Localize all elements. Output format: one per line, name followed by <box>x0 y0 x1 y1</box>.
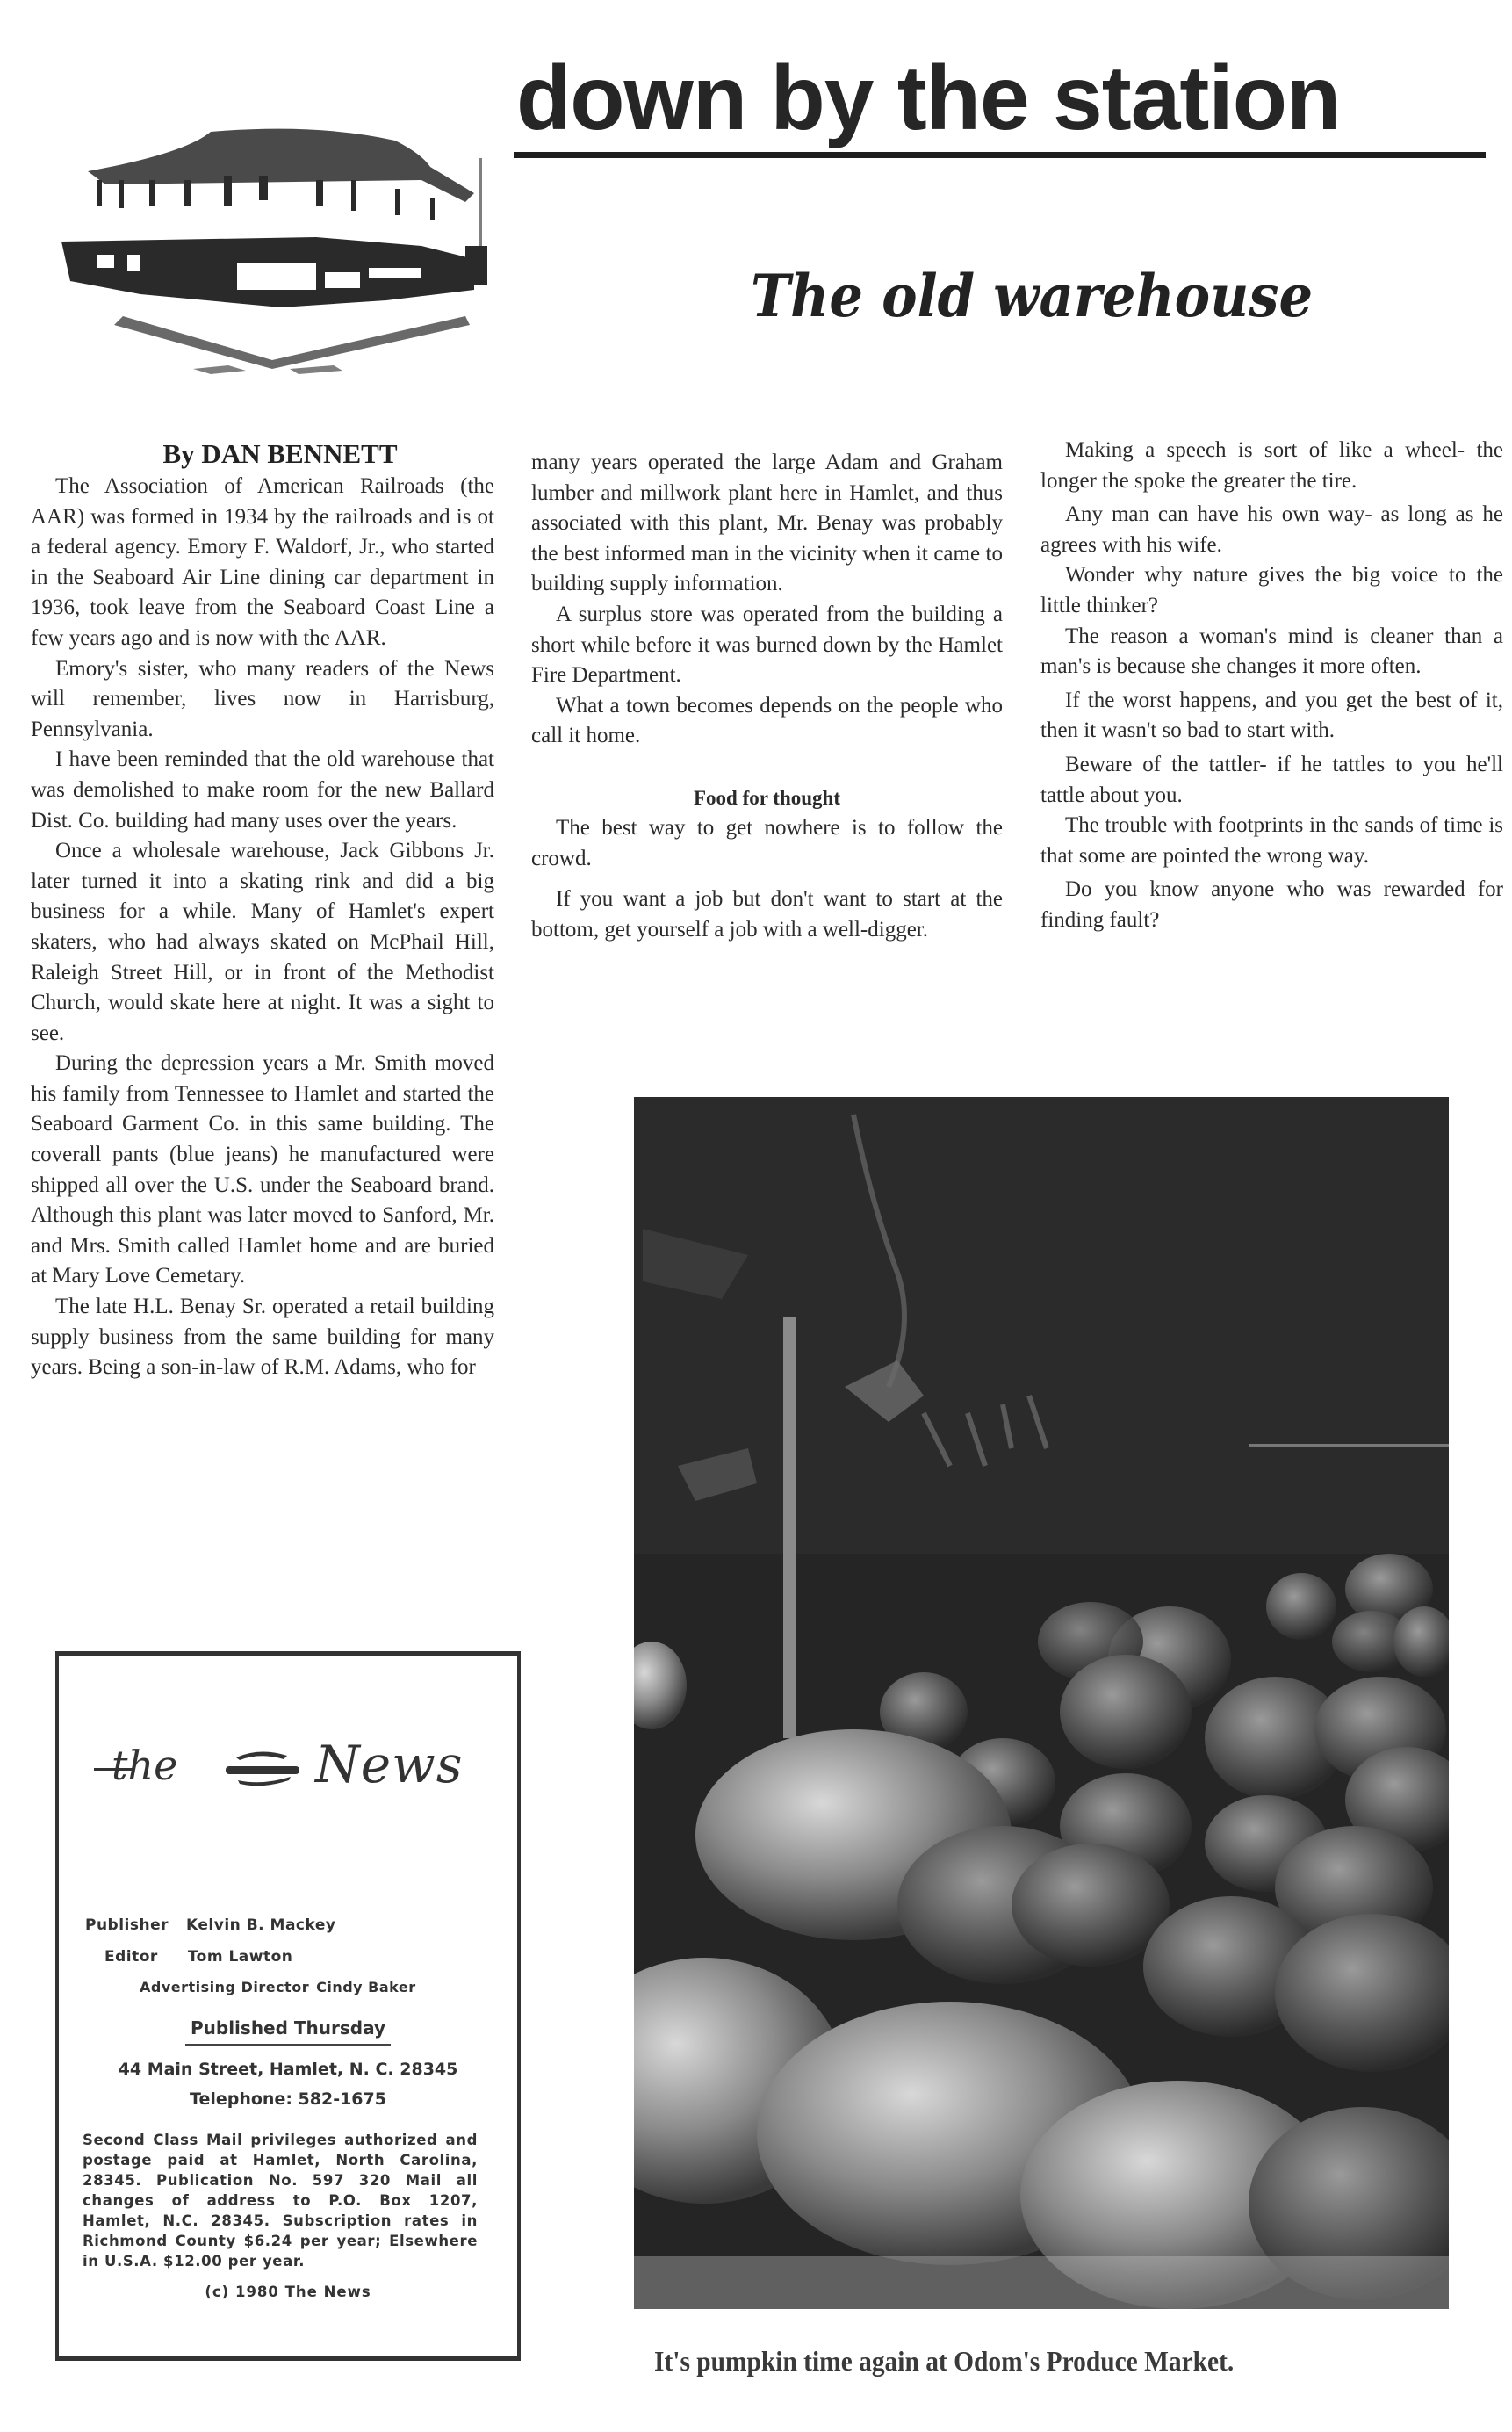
publisher-line: PublisherKelvin B. Mackey <box>85 1916 335 1934</box>
paragraph: The Association of American Railroads (t… <box>31 472 494 654</box>
editor-line: EditorTom Lawton <box>104 1948 292 1966</box>
food-for-thought-heading: Food for thought <box>531 783 1003 813</box>
saying: Any man can have his own way- as long as… <box>1040 500 1503 560</box>
article-column-2: many years operated the large Adam and G… <box>531 448 1003 945</box>
telephone: Telephone: 582-1675 <box>59 2089 517 2109</box>
paragraph: If you want a job but don't want to star… <box>531 884 1003 945</box>
article-title: The old warehouse <box>751 256 1313 336</box>
newspaper-masthead-box: the News PublisherKelvin B. Mackey Edito… <box>55 1651 521 2361</box>
paragraph: Emory's sister, who many readers of the … <box>31 654 494 746</box>
saying: Beware of the tattler- if he tattles to … <box>1040 750 1503 811</box>
address: 44 Main Street, Hamlet, N. C. 28345 <box>59 2060 517 2079</box>
photo-caption: It's pumpkin time again at Odom's Produc… <box>654 2343 1234 2378</box>
paragraph: The late H.L. Benay Sr. operated a retai… <box>31 1292 494 1383</box>
ad-director-label: Advertising Director <box>140 1979 309 1995</box>
logo-news: News <box>315 1735 463 1794</box>
saying: The trouble with footprints in the sands… <box>1040 811 1503 871</box>
paragraph: many years operated the large Adam and G… <box>531 448 1003 600</box>
train-emblem-icon <box>220 1745 301 1789</box>
paragraph: I have been reminded that the old wareho… <box>31 745 494 836</box>
saying: Making a speech is sort of like a wheel-… <box>1040 436 1503 496</box>
paragraph: Once a wholesale warehouse, Jack Gibbons… <box>31 836 494 1049</box>
publisher-name: Kelvin B. Mackey <box>186 1916 335 1934</box>
byline: By DAN BENNETT <box>31 437 494 472</box>
saying: Do you know anyone who was rewarded for … <box>1040 875 1503 935</box>
paragraph: What a town becomes depends on the peopl… <box>531 691 1003 752</box>
paragraph: A surplus store was operated from the bu… <box>531 600 1003 691</box>
editor-label: Editor <box>104 1948 158 1966</box>
published-day: Published Thursday <box>59 2017 517 2039</box>
paragraph: The best way to get nowhere is to follow… <box>531 813 1003 874</box>
article-column-3: Making a speech is sort of like a wheel-… <box>1040 436 1503 936</box>
column-title: down by the station <box>516 46 1472 151</box>
newspaper-logo: the News <box>94 1735 507 1796</box>
pumpkin-market-photo <box>634 1097 1449 2309</box>
copyright: (c) 1980 The News <box>59 2284 517 2300</box>
postal-fine-print: Second Class Mail privileges authorized … <box>83 2130 478 2271</box>
ad-director-line: Advertising DirectorCindy Baker <box>140 1979 416 1995</box>
article-column-1: By DAN BENNETT The Association of Americ… <box>31 437 494 1383</box>
title-rule <box>514 152 1486 158</box>
editor-name: Tom Lawton <box>188 1948 293 1966</box>
publisher-label: Publisher <box>85 1916 169 1934</box>
ad-director-name: Cindy Baker <box>316 1979 416 1995</box>
logo-the: the <box>112 1742 177 1789</box>
saying: The reason a woman's mind is cleaner tha… <box>1040 622 1503 682</box>
saying: If the worst happens, and you get the be… <box>1040 686 1503 747</box>
station-illustration <box>53 105 544 395</box>
paragraph: During the depression years a Mr. Smith … <box>31 1049 494 1292</box>
saying: Wonder why nature gives the big voice to… <box>1040 560 1503 621</box>
